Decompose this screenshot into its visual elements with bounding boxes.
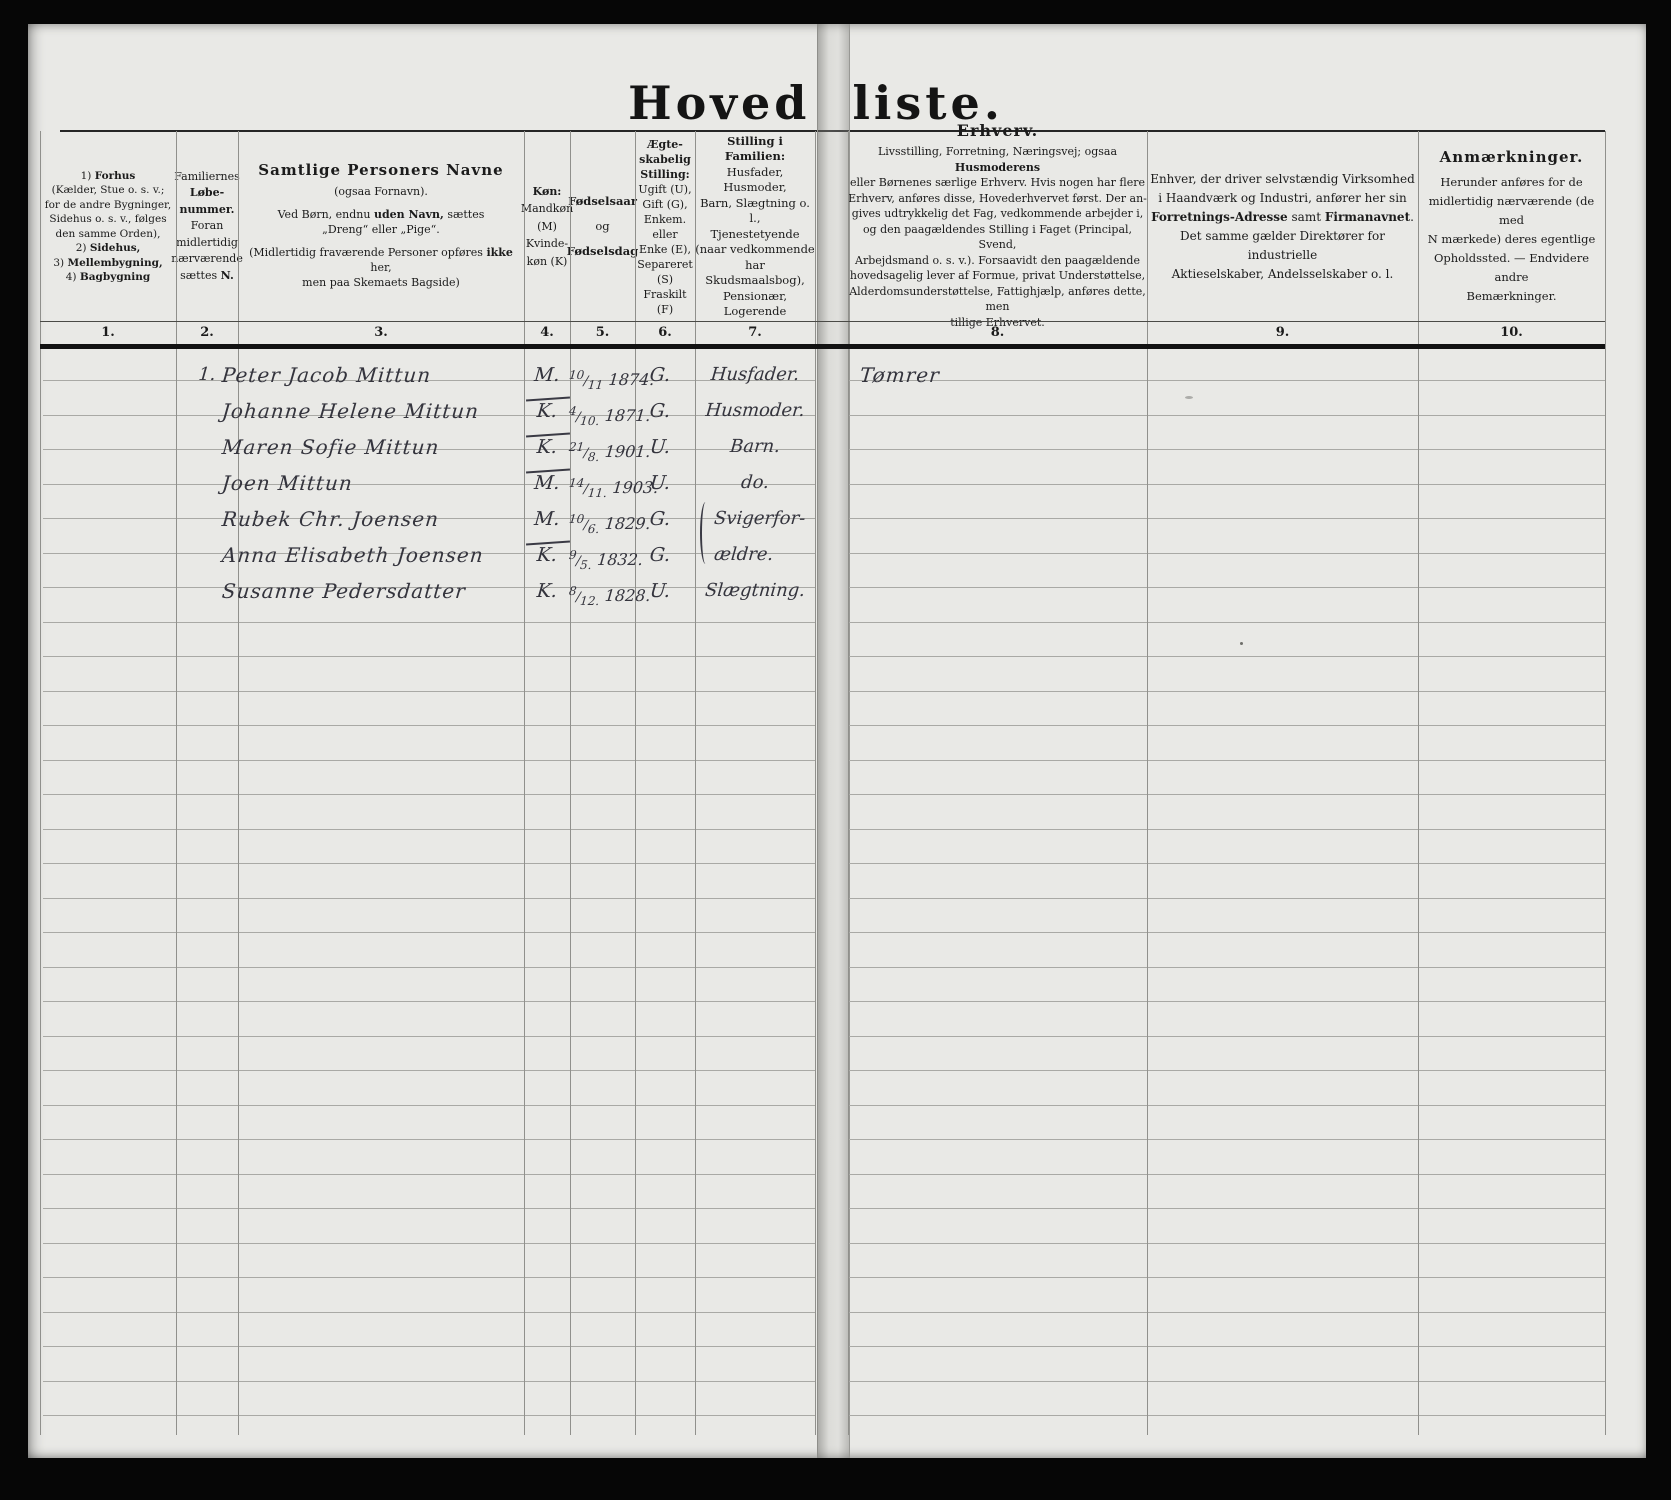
- header-line: Stilling i Familien:: [695, 134, 815, 165]
- header-text: sættes: [180, 269, 220, 282]
- dust-speck: [1185, 396, 1193, 399]
- header-line: Enkem. eller: [635, 212, 695, 242]
- row-line-left: [43, 794, 815, 795]
- row-line-left: [43, 691, 815, 692]
- column-number-3: 3.: [238, 323, 524, 343]
- header-text: Kvinde-: [526, 237, 568, 250]
- header-line: Foran: [191, 218, 224, 235]
- entry-birth-date: 9/5. 1832.: [568, 540, 641, 570]
- entry-marital-status: G.: [634, 360, 687, 390]
- header-line: Opholdssted. — Endvidere andre: [1418, 249, 1605, 287]
- header-text-bold: Køn:: [533, 185, 562, 198]
- column-number-8: 8.: [848, 323, 1147, 343]
- header-line: (Kælder, Stue o. s. v.;: [52, 183, 165, 198]
- row-line-right: [848, 725, 1605, 726]
- column-number-10: 10.: [1418, 323, 1605, 343]
- column-header-1: 1) Forhus(Kælder, Stue o. s. v.;for de a…: [40, 131, 176, 322]
- row-line-right: [848, 691, 1605, 692]
- header-text: men paa Skemaets Bagside): [302, 276, 460, 289]
- row-line-left: [43, 829, 815, 830]
- column-heading: Samtlige Personers Navne: [258, 163, 503, 178]
- header-text: nærværende: [171, 252, 243, 265]
- column-header-5: FødselsaarogFødselsdag: [570, 131, 635, 322]
- header-text-bold: Firmanavnet: [1325, 210, 1410, 224]
- header-text: Mandkøn: [521, 202, 573, 215]
- birth-day: 21: [568, 440, 585, 454]
- header-text: Aktieselskaber, Andelsselskaber o. l.: [1172, 267, 1394, 281]
- header-text: 3): [53, 257, 67, 269]
- row-line-right: [848, 1415, 1605, 1416]
- header-text: Husfader, Husmoder,: [723, 165, 786, 195]
- row-line-right: [848, 1139, 1605, 1140]
- entry-family-position: ældre.: [697, 540, 814, 570]
- row-line-right: [848, 863, 1605, 864]
- entry-name: Maren Sofie Mittun: [221, 432, 524, 462]
- entry-birth-date: 4/10. 1871.: [568, 396, 641, 426]
- header-text: Barn, Slægtning o. l.,: [700, 196, 810, 226]
- header-line: Enke (E),: [639, 242, 691, 257]
- birth-day: 10: [568, 512, 585, 526]
- column-header-7: Stilling i Familien:Husfader, Husmoder,B…: [695, 131, 815, 322]
- header-text: Alderdomsunderstøttelse, Fattighjælp, an…: [849, 285, 1146, 314]
- row-line-right: [848, 1174, 1605, 1175]
- header-text: eller Børnenes særlige Erhverv. Hvis nog…: [850, 176, 1145, 189]
- header-text: 4): [66, 271, 80, 283]
- row-line-right: [848, 1243, 1605, 1244]
- column-divider: [695, 131, 696, 1435]
- header-text: i Haandværk og Industri, anfører her sin: [1158, 191, 1407, 205]
- header-text-bold: Fødselsaar: [568, 194, 637, 208]
- entry-birth-date: 10/11 1874.: [568, 360, 641, 390]
- row-line-left: [43, 760, 815, 761]
- header-line: gives udtrykkelig det Fag, vedkommende a…: [852, 206, 1143, 222]
- dust-speck: [1240, 642, 1243, 645]
- header-text-bold: Bagbygning: [80, 271, 150, 283]
- entry-sex: M.: [523, 360, 572, 390]
- header-line: „Dreng“ eller „Pige“.: [322, 222, 440, 237]
- column-number-7: 7.: [695, 323, 815, 343]
- entry-row: Anna Elisabeth JoensenK.9/5. 1832.G.ældr…: [28, 534, 1646, 570]
- header-line: 4) Bagbygning: [66, 270, 151, 285]
- header-text: Enhver, der driver selvstændig Virksomhe…: [1150, 172, 1415, 186]
- column-divider: [848, 131, 849, 1435]
- header-line: nummer.: [180, 202, 235, 219]
- header-text: Gift (G),: [642, 198, 687, 211]
- header-line: Fraskilt (F): [635, 287, 695, 317]
- entry-marital-status: U.: [634, 432, 687, 462]
- row-line-left: [43, 1001, 815, 1002]
- header-line: Ægte-: [647, 137, 683, 152]
- header-line: Stilling:: [640, 167, 690, 182]
- header-line: Fødselsdag: [567, 239, 638, 264]
- header-text: Enkem. eller: [644, 213, 686, 241]
- header-text: (naar vedkommende: [695, 242, 815, 256]
- row-line-right: [848, 1381, 1605, 1382]
- header-line: midlertidig nærværende (de med: [1418, 192, 1605, 230]
- entry-marital-status: G.: [634, 540, 687, 570]
- column-header-8: Erhverv.Livsstilling, Forretning, Næring…: [848, 131, 1147, 322]
- entry-name: Anna Elisabeth Joensen: [221, 540, 524, 570]
- entry-family-position: do.: [697, 468, 814, 498]
- header-text-bold: Stilling i Familien:: [725, 134, 785, 164]
- entry-row: Johanne Helene MittunK.4/10. 1871.G.Husm…: [28, 390, 1646, 426]
- entry-marital-status: G.: [634, 396, 687, 426]
- entry-row: 1.Peter Jacob MittunM.10/11 1874.G.Husfa…: [28, 354, 1646, 390]
- column-heading: Anmærkninger.: [1440, 148, 1584, 167]
- header-text: gives udtrykkelig det Fag, vedkommende a…: [852, 207, 1143, 220]
- header-text: „Dreng“ eller „Pige“.: [322, 223, 440, 236]
- header-line: for de andre Bygninger,: [45, 198, 172, 213]
- row-line-right: [848, 898, 1605, 899]
- header-line: Pensionær, Logerende: [695, 289, 815, 320]
- header-line: Aktieselskaber, Andelsselskaber o. l.: [1172, 265, 1394, 284]
- header-line: Køn:: [533, 183, 562, 201]
- header-text: Det samme gælder Direktører for industri…: [1180, 229, 1385, 262]
- row-line-left: [43, 1208, 815, 1209]
- header-line: Forretnings-Adresse samt Firmanavnet.: [1151, 208, 1414, 227]
- header-text-bold: ikke: [486, 246, 512, 259]
- entry-occupation: Tømrer: [859, 360, 1122, 390]
- entry-sex: M.: [523, 504, 572, 534]
- header-line: Mandkøn: [521, 200, 573, 218]
- header-line: Tjenestetyende: [710, 227, 799, 243]
- page-fold: [817, 24, 850, 1458]
- row-line-right: [848, 1208, 1605, 1209]
- header-line: (S): [657, 272, 673, 287]
- header-text: Ved Børn, endnu: [278, 208, 374, 221]
- column-divider: [176, 131, 177, 1435]
- header-text: har Skudsmaalsbog),: [705, 258, 805, 288]
- header-line: Separeret: [637, 257, 693, 272]
- header-text-bold: Forretnings-Adresse: [1151, 210, 1288, 224]
- column-heading: Erhverv.: [957, 123, 1038, 139]
- header-line: Enhver, der driver selvstændig Virksomhe…: [1150, 170, 1415, 189]
- row-line-left: [43, 1243, 815, 1244]
- row-line-right: [848, 1070, 1605, 1071]
- row-line-right: [848, 1346, 1605, 1347]
- column-number-6: 6.: [635, 323, 695, 343]
- header-line: Herunder anføres for de: [1440, 173, 1582, 192]
- entry-family-position: Svigerfor-: [697, 504, 814, 534]
- header-line: (Midlertidig fraværende Personer opføres…: [238, 245, 524, 275]
- header-line: eller Børnenes særlige Erhverv. Hvis nog…: [850, 175, 1145, 191]
- census-sheet: Hoved liste. 1) Forhus(Kælder, Stue o. s…: [28, 24, 1646, 1458]
- row-line-left: [43, 1277, 815, 1278]
- header-text-bold: skabelig: [639, 153, 691, 166]
- header-text: (Kælder, Stue o. s. v.;: [52, 184, 165, 196]
- header-text: 1): [81, 170, 95, 182]
- header-line: skabelig: [639, 152, 691, 167]
- header-line: Sidehus o. s. v., følges: [49, 212, 166, 227]
- header-text: Tjenestetyende: [710, 227, 799, 241]
- header-line: Barn, Slægtning o. l.,: [695, 196, 815, 227]
- header-line: Erhverv, anføres disse, Hovederhvervet f…: [848, 191, 1147, 207]
- column-number-9: 9.: [1147, 323, 1418, 343]
- header-line: i Haandværk og Industri, anfører her sin: [1158, 189, 1407, 208]
- entry-family-position: Slægtning.: [697, 576, 814, 606]
- row-line-left: [43, 1312, 815, 1313]
- entry-name: Susanne Pedersdatter: [221, 576, 524, 606]
- column-number-4: 4.: [524, 323, 570, 343]
- header-text: Opholdssted. — Endvidere andre: [1434, 251, 1589, 284]
- header-line: Husfader, Husmoder,: [695, 165, 815, 196]
- row-line-left: [43, 1174, 815, 1175]
- entry-name: Peter Jacob Mittun: [221, 360, 524, 390]
- header-line: Gift (G),: [642, 197, 687, 212]
- column-divider: [1418, 131, 1419, 1435]
- header-line: nærværende: [171, 251, 243, 268]
- row-line-right: [848, 622, 1605, 623]
- header-line: Kvinde-: [526, 235, 568, 253]
- column-header-3: Samtlige Personers Navne(ogsaa Fornavn).…: [238, 131, 524, 322]
- row-line-right: [848, 967, 1605, 968]
- column-header-6: Ægte-skabeligStilling:Ugift (U),Gift (G)…: [635, 131, 695, 322]
- row-line-right: [848, 656, 1605, 657]
- column-divider: [40, 131, 41, 1435]
- entry-family-position: Husmoder.: [697, 396, 814, 426]
- scan-background: Hoved liste. 1) Forhus(Kælder, Stue o. s…: [0, 0, 1671, 1500]
- header-line: Familiernes: [174, 169, 239, 186]
- header-text: N mærkede) deres egentlige: [1428, 232, 1596, 246]
- row-line-right: [848, 1036, 1605, 1037]
- row-line-left: [43, 1139, 815, 1140]
- row-line-right: [848, 794, 1605, 795]
- entry-row: Rubek Chr. JoensenM.10/6. 1829.G.Svigerf…: [28, 498, 1646, 534]
- header-line: Det samme gælder Direktører for industri…: [1147, 227, 1418, 265]
- row-line-left: [43, 898, 815, 899]
- column-header-2: FamiliernesLøbe-nummer.Foranmidlertidign…: [176, 131, 238, 322]
- header-text: Ugift (U),: [638, 183, 691, 196]
- entry-family-position: Barn.: [697, 432, 814, 462]
- column-divider: [570, 131, 571, 1435]
- row-line-left: [43, 1346, 815, 1347]
- row-line-left: [43, 1105, 815, 1106]
- header-text: Sidehus o. s. v., følges: [49, 213, 166, 225]
- column-divider: [524, 131, 525, 1435]
- page-title: Hoved liste.: [28, 76, 1604, 130]
- row-line-left: [43, 967, 815, 968]
- header-text: og den paagældendes Stilling i Faget (Pr…: [863, 223, 1132, 252]
- entry-sex: K.: [523, 576, 572, 606]
- header-line: (ogsaa Fornavn).: [334, 184, 428, 199]
- header-text: Herunder anføres for de: [1440, 175, 1582, 189]
- header-text: Fraskilt (F): [643, 288, 686, 316]
- entry-birth-date: 8/12. 1828.: [568, 576, 641, 606]
- column-header-9: Enhver, der driver selvstændig Virksomhe…: [1147, 131, 1418, 322]
- header-line: køn (K): [527, 253, 568, 271]
- header-text: Enke (E),: [639, 243, 691, 256]
- header-line: Arbejdsmand o. s. v.). Forsaavidt den pa…: [855, 253, 1140, 269]
- header-text: sættes: [444, 208, 484, 221]
- header-text: Livsstilling, Forretning, Næringsvej; og…: [878, 145, 1117, 158]
- header-text-bold: Forhus: [95, 170, 136, 182]
- header-text: og: [595, 219, 609, 233]
- header-line: N mærkede) deres egentlige: [1428, 230, 1596, 249]
- row-line-right: [848, 1312, 1605, 1313]
- entry-birth-date: 10/6. 1829.: [568, 504, 641, 534]
- header-text: Erhverv, anføres disse, Hovederhvervet f…: [848, 192, 1147, 205]
- header-line: Livsstilling, Forretning, Næringsvej; og…: [848, 144, 1147, 175]
- row-line-left: [43, 656, 815, 657]
- header-text: Foran: [191, 219, 224, 232]
- header-text-bold: Stilling:: [640, 168, 690, 181]
- header-text: (M): [537, 220, 557, 233]
- header-line: sættes N.: [180, 268, 234, 285]
- entry-marital-status: U.: [634, 576, 687, 606]
- header-line: men paa Skemaets Bagside): [302, 275, 460, 290]
- header-text: .: [1410, 210, 1414, 224]
- row-line-left: [43, 1070, 815, 1071]
- row-line-left: [43, 932, 815, 933]
- entry-birth-date: 21/8. 1901.: [568, 432, 641, 462]
- header-text: Arbejdsmand o. s. v.). Forsaavidt den pa…: [855, 254, 1140, 267]
- entry-name: Rubek Chr. Joensen: [221, 504, 524, 534]
- header-line: Alderdomsunderstøttelse, Fattighjælp, an…: [848, 284, 1147, 315]
- header-line: hovedsagelig lever af Formue, privat Und…: [850, 268, 1145, 284]
- header-text: (ogsaa Fornavn).: [334, 185, 428, 198]
- header-line: Løbe-: [190, 185, 224, 202]
- entry-row: Maren Sofie MittunK.21/8. 1901.U.Barn.: [28, 426, 1646, 462]
- header-text: hovedsagelig lever af Formue, privat Und…: [850, 269, 1145, 282]
- entry-row: Susanne PedersdatterK.8/12. 1828.U.Slægt…: [28, 570, 1646, 606]
- column-divider: [238, 131, 239, 1435]
- header-line: 1) Forhus: [81, 169, 136, 184]
- row-line-right: [848, 829, 1605, 830]
- header-text: Bemærkninger.: [1467, 289, 1557, 303]
- column-divider: [815, 131, 816, 1435]
- header-text-bold: nummer.: [180, 203, 235, 216]
- header-text-bold: Mellembygning,: [68, 257, 163, 269]
- header-text: (S): [657, 273, 673, 286]
- column-header-10: Anmærkninger.Herunder anføres for demidl…: [1418, 131, 1605, 322]
- header-text-bold: N.: [221, 269, 234, 282]
- header-line: Fødselsaar: [568, 189, 637, 214]
- header-text: 2): [76, 242, 90, 254]
- row-line-left: [43, 1415, 815, 1416]
- entry-marital-status: G.: [634, 504, 687, 534]
- header-text-bold: Husmoderens: [955, 161, 1040, 174]
- column-number-2: 2.: [176, 323, 238, 343]
- header-text-bold: uden Navn,: [374, 208, 444, 221]
- entry-marital-status: U.: [634, 468, 687, 498]
- row-line-left: [43, 622, 815, 623]
- header-line: Bemærkninger.: [1467, 287, 1557, 306]
- header-text: midlertidig nærværende (de med: [1429, 194, 1595, 227]
- row-line-left: [43, 1381, 815, 1382]
- header-text: Pensionær, Logerende: [723, 289, 787, 319]
- row-line-right: [848, 1001, 1605, 1002]
- birth-day: 10: [568, 368, 585, 382]
- entry-birth-date: 14/11. 1903.: [568, 468, 641, 498]
- column-divider: [1605, 131, 1606, 1435]
- header-text-bold: Sidehus,: [90, 242, 140, 254]
- header-text: den samme Orden),: [56, 228, 161, 240]
- header-text-bold: Løbe-: [190, 186, 224, 199]
- header-text-bold: Ægte-: [647, 138, 683, 151]
- entry-family-position: Husfader.: [697, 360, 814, 390]
- header-text: (Midlertidig fraværende Personer opføres: [249, 246, 486, 259]
- header-text: køn (K): [527, 255, 568, 268]
- column-number-1: 1.: [40, 323, 176, 343]
- header-text-bold: Fødselsdag: [567, 244, 638, 258]
- row-line-right: [848, 760, 1605, 761]
- header-thick-rule: [40, 344, 1605, 349]
- header-thin-rule: [40, 321, 1605, 322]
- header-line: og: [595, 214, 609, 239]
- header-line: (M): [537, 218, 557, 236]
- column-divider: [1147, 131, 1148, 1435]
- row-line-right: [848, 932, 1605, 933]
- header-text: samt: [1288, 210, 1325, 224]
- entry-name: Johanne Helene Mittun: [221, 396, 524, 426]
- header-text: for de andre Bygninger,: [45, 199, 172, 211]
- header-line: og den paagældendes Stilling i Faget (Pr…: [848, 222, 1147, 253]
- header-line: har Skudsmaalsbog),: [695, 258, 815, 289]
- row-line-left: [43, 725, 815, 726]
- row-line-right: [848, 1105, 1605, 1106]
- entry-name: Joen Mittun: [221, 468, 524, 498]
- header-line: midlertidig: [176, 235, 238, 252]
- birth-day: 14: [568, 476, 585, 490]
- birth-month: 12.: [580, 594, 600, 608]
- row-line-left: [43, 1036, 815, 1037]
- header-line: Ugift (U),: [638, 182, 691, 197]
- header-text: Familiernes: [174, 170, 239, 183]
- entry-row: Joen MittunM.14/11. 1903.U.do.: [28, 462, 1646, 498]
- column-header-4: Køn:Mandkøn(M)Kvinde-køn (K): [524, 131, 570, 322]
- header-text: Separeret: [637, 258, 693, 271]
- row-line-left: [43, 863, 815, 864]
- header-line: den samme Orden),: [56, 227, 161, 242]
- header-text: midlertidig: [176, 236, 238, 249]
- column-divider: [635, 131, 636, 1435]
- column-number-5: 5.: [570, 323, 635, 343]
- header-line: (naar vedkommende: [695, 242, 815, 258]
- header-line: Ved Børn, endnu uden Navn, sættes: [278, 207, 485, 222]
- header-text: her,: [370, 261, 391, 274]
- header-line: 2) Sidehus,: [76, 241, 141, 256]
- header-line: 3) Mellembygning,: [53, 256, 162, 271]
- row-line-right: [848, 1277, 1605, 1278]
